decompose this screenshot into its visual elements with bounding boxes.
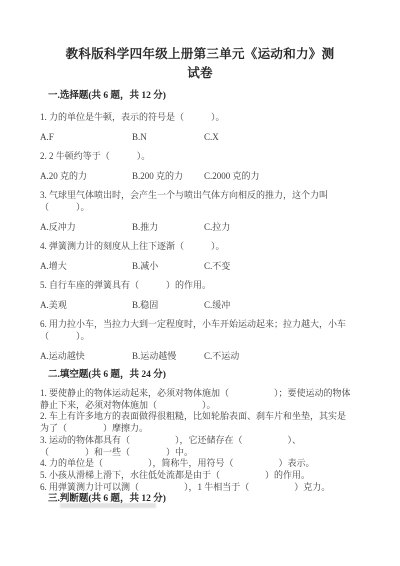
section-heading-fill: 二.填空题(共 6 题，共 24 分) — [40, 369, 362, 381]
question-text: 5. 自行车座的弹簧具有（ ）的作用。 — [40, 279, 362, 291]
option-a: A.反冲力 — [40, 221, 132, 233]
fill-line-4: 为了（ ）摩擦力。 — [40, 423, 362, 435]
option-b: B.运动越慢 — [132, 350, 204, 362]
option-b: B.N — [132, 131, 204, 143]
choice-options-4: A.增大 B.减小 C.不变 — [40, 260, 362, 272]
cutoff-line-fragment — [60, 503, 156, 508]
option-c: C.拉力 — [204, 221, 362, 233]
fill-line-1: 1. 要使静止的物体运动起来，必须对物体施加（ ）；要使运动的物体 — [40, 388, 362, 400]
fill-line-9: 6. 用弹簧测力计可以测（ ），1 牛相当于（ ）克力。 — [40, 482, 362, 494]
question-text: 2. 2 牛顿约等于（ ）。 — [40, 150, 362, 162]
choice-question-6: 6. 用力拉小车，当拉力大到一定程度时，小车开始运动起来；拉力越大，小车 （ ）… — [40, 318, 362, 342]
choice-question-1: 1. 力的单位是牛顿，表示的符号是（ ）。 — [40, 111, 362, 123]
choice-question-5: 5. 自行车座的弹簧具有（ ）的作用。 — [40, 279, 362, 291]
option-b: B.推力 — [132, 221, 204, 233]
paper-title: 教科版科学四年级上册第三单元《运动和力》测试卷 — [60, 0, 340, 83]
question-text-continued: （ ）。 — [40, 201, 362, 213]
question-text-continued: （ ）。 — [40, 330, 362, 342]
paper-body: 一.选择题(共 6 题，共 12 分) 1. 力的单位是牛顿，表示的符号是（ ）… — [0, 90, 400, 505]
question-text: 3. 气球里气体喷出时，会产生一个与喷出气体方向相反的推力，这个力叫 — [40, 189, 362, 201]
question-text: 1. 力的单位是牛顿，表示的符号是（ ）。 — [40, 111, 362, 123]
option-a: A.美观 — [40, 299, 132, 311]
option-b: B.减小 — [132, 260, 204, 272]
fill-line-2: 静止下来，必须对物体施加（ ）。 — [40, 400, 362, 412]
option-c: C.缓冲 — [204, 299, 362, 311]
option-a: A.增大 — [40, 260, 132, 272]
option-c: C.2000 克的力 — [204, 170, 362, 182]
choice-question-3: 3. 气球里气体喷出时，会产生一个与喷出气体方向相反的推力，这个力叫 （ ）。 — [40, 189, 362, 213]
option-b: B.稳固 — [132, 299, 204, 311]
choice-question-2: 2. 2 牛顿约等于（ ）。 — [40, 150, 362, 162]
question-text: 6. 用力拉小车，当拉力大到一定程度时，小车开始运动起来；拉力越大，小车 — [40, 318, 362, 330]
choice-options-6: A.运动越快 B.运动越慢 C.不运动 — [40, 350, 362, 362]
fill-line-5: 3. 运动的物体都具有（ ），它还储存在（ ）、 — [40, 435, 362, 447]
choice-options-5: A.美观 B.稳固 C.缓冲 — [40, 299, 362, 311]
choice-options-1: A.F B.N C.X — [40, 131, 362, 143]
option-a: A.20 克的力 — [40, 170, 132, 182]
fill-line-8: 5. 小孩从滑梯上滑下，水往低处流都是由于（ ）的作用。 — [40, 470, 362, 482]
option-b: B.200 克的力 — [132, 170, 204, 182]
fill-line-6: （ ）和一些（ ）中。 — [40, 447, 362, 459]
option-c: C.不变 — [204, 260, 362, 272]
test-paper-page: 教科版科学四年级上册第三单元《运动和力》测试卷 一.选择题(共 6 题，共 12… — [0, 0, 400, 566]
fill-question-block: 1. 要使静止的物体运动起来，必须对物体施加（ ）；要使运动的物体 静止下来，必… — [40, 388, 362, 493]
option-a: A.运动越快 — [40, 350, 132, 362]
fill-line-7: 4. 力的单位是（ ），简称牛，用符号（ ）表示。 — [40, 458, 362, 470]
section-heading-choice: 一.选择题(共 6 题，共 12 分) — [40, 90, 362, 102]
option-a: A.F — [40, 131, 132, 143]
option-c: C.不运动 — [204, 350, 362, 362]
option-c: C.X — [204, 131, 362, 143]
fill-line-3: 2. 车上有许多地方的表面做得很粗糙，比如轮胎表面、刹车片和坐垫，其实是 — [40, 411, 362, 423]
choice-question-4: 4. 弹簧测力计的刻度从上往下逐渐（ ）。 — [40, 240, 362, 252]
question-text: 4. 弹簧测力计的刻度从上往下逐渐（ ）。 — [40, 240, 362, 252]
choice-options-3: A.反冲力 B.推力 C.拉力 — [40, 221, 362, 233]
choice-options-2: A.20 克的力 B.200 克的力 C.2000 克的力 — [40, 170, 362, 182]
